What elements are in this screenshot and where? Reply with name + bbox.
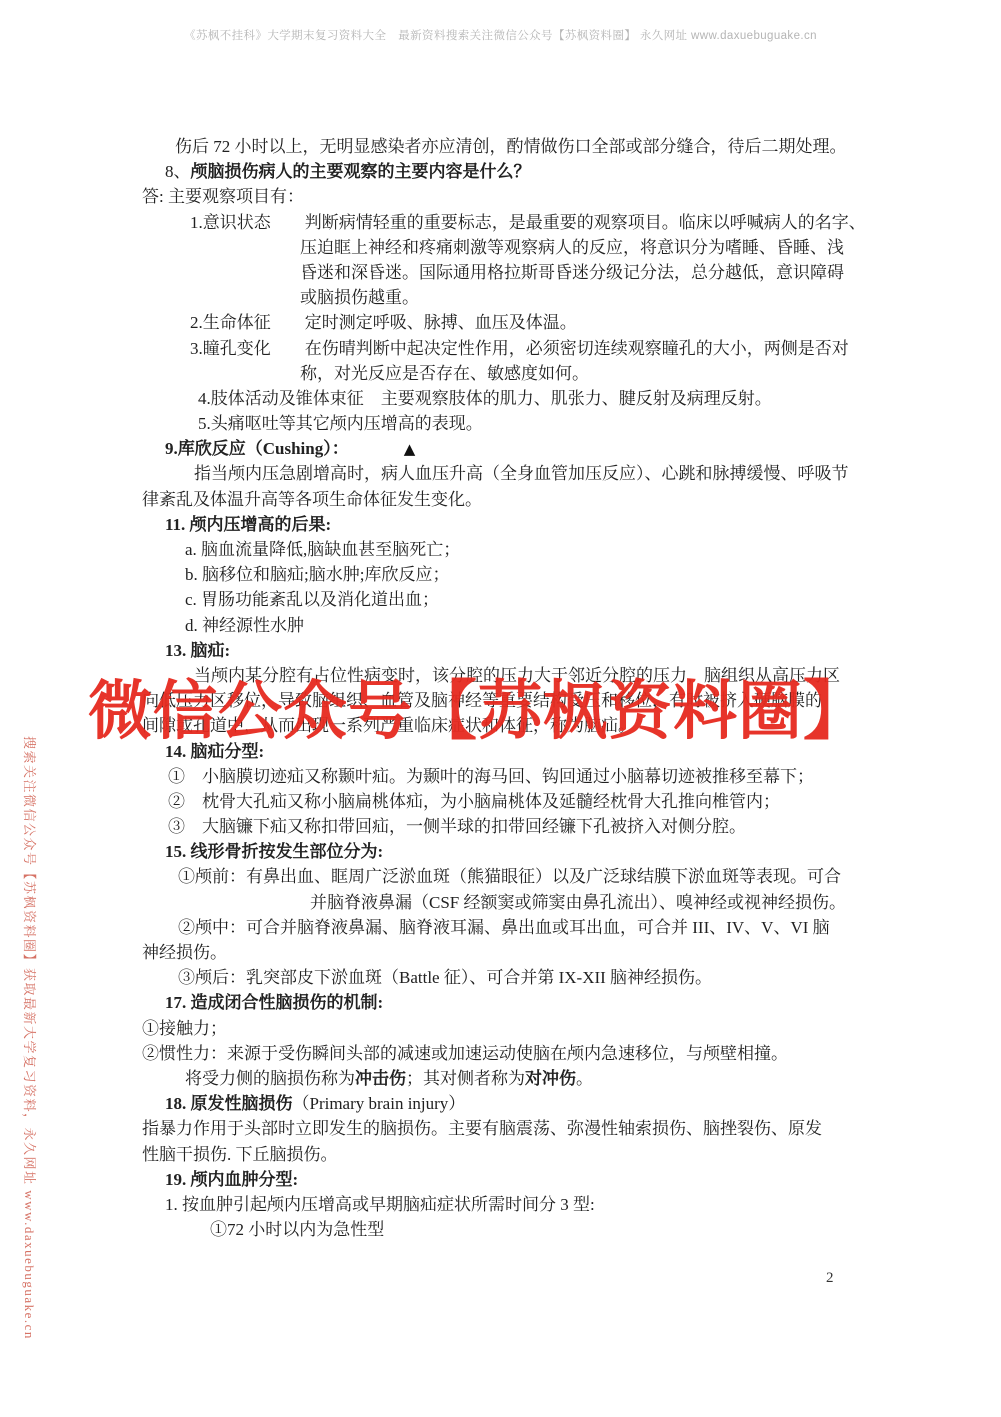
text-line: 将受力侧的脑损伤称为冲击伤；其对侧者称为对冲伤。 (185, 1066, 866, 1091)
text-span: ② 枕骨大孔疝又称小脑扁桃体疝，为小脑扁桃体及延髓经枕骨大孔推向椎管内； (168, 792, 780, 811)
text-span: 4.肢体活动及锥体束征 主要观察肢体的肌力、肌张力、腱反射及病理反射。 (198, 389, 772, 408)
text-line: ②惯性力：来源于受伤瞬间头部的减速或加速运动使脑在颅内急速移位，与颅壁相撞。 (142, 1041, 866, 1066)
text-line: 指当颅内压急剧增高时，病人血压升高（全身血管加压反应）、心跳和脉搏缓慢、呼吸节 (194, 461, 866, 486)
text-line: ③ 大脑镰下疝又称扣带回疝，一侧半球的扣带回经镰下孔被挤入对侧分腔。 (168, 814, 866, 839)
side-vertical-watermark: 搜索关注微信公众号【苏枫资料圈】获取最新大学复习资料，永久网址 www.daxu… (21, 736, 40, 1340)
text-span: 答: 主要观察项目有： (142, 187, 304, 206)
text-span: 11. 颅内压增高的后果: (165, 515, 331, 534)
text-line: 5.头痛呕吐等其它颅内压增高的表现。 (198, 411, 866, 436)
text-span: 神经损伤。 (142, 943, 227, 962)
text-span: ；其对侧者称为 (406, 1069, 525, 1088)
text-span: a. 脑血流量降低,脑缺血甚至脑死亡； (185, 540, 460, 559)
text-line: ② 枕骨大孔疝又称小脑扁桃体疝，为小脑扁桃体及延髓经枕骨大孔推向椎管内； (168, 789, 866, 814)
text-span: 将受力侧的脑损伤称为 (185, 1069, 355, 1088)
text-span: 1. 按血肿引起颅内压增高或早期脑疝症状所需时间分 3 型: (165, 1195, 595, 1214)
text-span: 压迫眶上神经和疼痛刺激等观察病人的反应，将意识分为嗜睡、昏睡、浅 (300, 238, 844, 257)
text-line: d. 神经源性水肿 (185, 613, 866, 638)
text-line: ③颅后：乳突部皮下淤血斑（Battle 征）、可合并第 IX-XII 脑神经损伤… (178, 965, 866, 990)
text-span: 律紊乱及体温升高等各项生命体征发生变化。 (142, 490, 482, 509)
text-line: 2.生命体征 定时测定呼吸、脉搏、血压及体温。 (190, 310, 866, 335)
page-header-watermark: 《苏枫不挂科》大学期末复习资料大全 最新资料搜索关注微信公众号【苏枫资料圈】 永… (0, 27, 1001, 43)
text-line: 答: 主要观察项目有： (142, 184, 866, 209)
text-span: 2.生命体征 定时测定呼吸、脉搏、血压及体温。 (190, 313, 577, 332)
document-page: 《苏枫不挂科》大学期末复习资料大全 最新资料搜索关注微信公众号【苏枫资料圈】 永… (0, 0, 1001, 1417)
text-span: 17. 造成闭合性脑损伤的机制: (165, 993, 383, 1012)
text-line: ① 小脑膜切迹疝又称颞叶疝。为颞叶的海马回、钩回通过小脑幕切迹被推移至幕下； (168, 764, 866, 789)
text-span: ③颅后：乳突部皮下淤血斑（Battle 征）、可合并第 IX-XII 脑神经损伤… (178, 968, 712, 987)
text-span: ②颅中：可合并脑脊液鼻漏、脑脊液耳漏、鼻出血或耳出血，可合并 III、IV、V、… (178, 918, 830, 937)
text-line: ①72 小时以内为急性型 (210, 1217, 866, 1242)
text-span: b. 脑移位和脑疝;脑水肿;库欣反应； (185, 565, 449, 584)
text-span: 3.瞳孔变化 在伤晴判断中起决定性作用，必须密切连续观察瞳孔的大小，两侧是否对 (190, 339, 849, 358)
text-span: 指暴力作用于头部时立即发生的脑损伤。主要有脑震荡、弥漫性轴索损伤、脑挫裂伤、原发 (142, 1119, 822, 1138)
text-span: ③ 大脑镰下疝又称扣带回疝，一侧半球的扣带回经镰下孔被挤入对侧分腔。 (168, 817, 746, 836)
text-line: 3.瞳孔变化 在伤晴判断中起决定性作用，必须密切连续观察瞳孔的大小，两侧是否对 (190, 336, 866, 361)
text-span: 昏迷和深昏迷。国际通用格拉斯哥昏迷分级记分法，总分越低，意识障碍 (300, 263, 844, 282)
text-span: （Primary brain injury） (293, 1094, 466, 1113)
text-span: 性脑干损伤. 下丘脑损伤。 (142, 1145, 338, 1164)
text-line: 15. 线形骨折按发生部位分为: (165, 839, 866, 864)
text-line: 或脑损伤越重。 (300, 285, 866, 310)
text-span: ②惯性力：来源于受伤瞬间头部的减速或加速运动使脑在颅内急速移位，与颅壁相撞。 (142, 1044, 788, 1063)
text-line: 9.库欣反应（Cushing）：▲ (165, 436, 866, 461)
text-line: 11. 颅内压增高的后果: (165, 512, 866, 537)
text-line: 压迫眶上神经和疼痛刺激等观察病人的反应，将意识分为嗜睡、昏睡、浅 (300, 235, 866, 260)
text-span: 18. 原发性脑损伤 (165, 1094, 293, 1113)
text-span: 冲击伤 (355, 1069, 406, 1088)
text-line: 昏迷和深昏迷。国际通用格拉斯哥昏迷分级记分法，总分越低，意识障碍 (300, 260, 866, 285)
text-line: ①颅前：有鼻出血、眶周广泛淤血斑（熊猫眼征）以及广泛球结膜下淤血斑等表现。可合 (178, 864, 866, 889)
text-line: b. 脑移位和脑疝;脑水肿;库欣反应； (185, 562, 866, 587)
text-line: 1. 按血肿引起颅内压增高或早期脑疝症状所需时间分 3 型: (165, 1192, 866, 1217)
text-line: 伤后 72 小时以上，无明显感染者亦应清创，酌情做伤口全部或部分缝合，待后二期处… (175, 134, 866, 159)
center-red-watermark: 微信公众号【苏枫资料圈】 (88, 660, 868, 752)
text-line: 18. 原发性脑损伤（Primary brain injury） (165, 1091, 866, 1116)
text-span: 并脑脊液鼻漏（CSF 经额窦或筛窦由鼻孔流出）、嗅神经或视神经损伤。 (310, 893, 846, 912)
text-span: 称，对光反应是否存在、敏感度如何。 (300, 364, 589, 383)
text-line: ①接触力； (142, 1016, 866, 1041)
text-span: 颅脑损伤病人的主要观察的主要内容是什么？ (191, 162, 531, 181)
text-span: 指当颅内压急剧增高时，病人血压升高（全身血管加压反应）、心跳和脉搏缓慢、呼吸节 (194, 464, 849, 483)
text-line: 称，对光反应是否存在、敏感度如何。 (300, 361, 866, 386)
text-span: 15. 线形骨折按发生部位分为: (165, 842, 383, 861)
text-line: 并脑脊液鼻漏（CSF 经额窦或筛窦由鼻孔流出）、嗅神经或视神经损伤。 (310, 890, 866, 915)
text-line: 神经损伤。 (142, 940, 866, 965)
text-line: 17. 造成闭合性脑损伤的机制: (165, 990, 866, 1015)
text-line: 1.意识状态 判断病情轻重的重要标志，是最重要的观察项目。临床以呼喊病人的名字、 (190, 210, 866, 235)
text-span: 。 (576, 1069, 593, 1088)
text-span: 8、 (165, 162, 191, 181)
text-line: 律紊乱及体温升高等各项生命体征发生变化。 (142, 487, 866, 512)
text-span: 9.库欣反应（Cushing）： (165, 439, 349, 458)
text-line: 8、颅脑损伤病人的主要观察的主要内容是什么？ (165, 159, 866, 184)
text-span: 伤后 72 小时以上，无明显感染者亦应清创，酌情做伤口全部或部分缝合，待后二期处… (175, 137, 847, 156)
text-span: 或脑损伤越重。 (300, 288, 419, 307)
text-span: 1.意识状态 判断病情轻重的重要标志，是最重要的观察项目。临床以呼喊病人的名字、 (190, 213, 866, 232)
text-line: 指暴力作用于头部时立即发生的脑损伤。主要有脑震荡、弥漫性轴索损伤、脑挫裂伤、原发 (142, 1116, 866, 1141)
triangle-marker: ▲ (404, 440, 416, 458)
text-line: 性脑干损伤. 下丘脑损伤。 (142, 1142, 866, 1167)
text-line: 4.肢体活动及锥体束征 主要观察肢体的肌力、肌张力、腱反射及病理反射。 (198, 386, 866, 411)
text-span: 19. 颅内血肿分型: (165, 1170, 298, 1189)
text-span: ① 小脑膜切迹疝又称颞叶疝。为颞叶的海马回、钩回通过小脑幕切迹被推移至幕下； (168, 767, 814, 786)
text-line: a. 脑血流量降低,脑缺血甚至脑死亡； (185, 537, 866, 562)
text-span: 对冲伤 (525, 1069, 576, 1088)
text-line: ②颅中：可合并脑脊液鼻漏、脑脊液耳漏、鼻出血或耳出血，可合并 III、IV、V、… (178, 915, 866, 940)
text-span: 5.头痛呕吐等其它颅内压增高的表现。 (198, 414, 483, 433)
text-line: c. 胃肠功能紊乱以及消化道出血； (185, 587, 866, 612)
text-span: ①72 小时以内为急性型 (210, 1220, 384, 1239)
text-span: c. 胃肠功能紊乱以及消化道出血； (185, 590, 439, 609)
page-number: 2 (826, 1270, 834, 1287)
text-span: ①颅前：有鼻出血、眶周广泛淤血斑（熊猫眼征）以及广泛球结膜下淤血斑等表现。可合 (178, 867, 841, 886)
text-line: 19. 颅内血肿分型: (165, 1167, 866, 1192)
text-span: ①接触力； (142, 1019, 227, 1038)
text-span: 13. 脑疝: (165, 641, 230, 660)
text-span: d. 神经源性水肿 (185, 616, 304, 635)
